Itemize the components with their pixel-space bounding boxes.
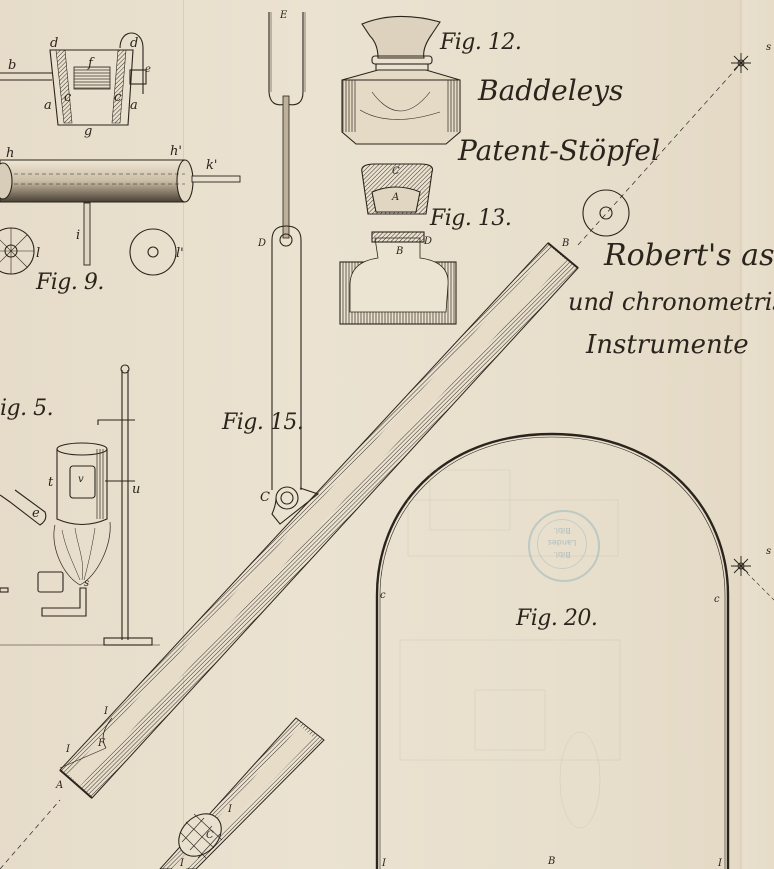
title-line-1: Robert's astr bbox=[604, 238, 774, 273]
stamp-line-1: Bibl. bbox=[538, 548, 586, 560]
telescope-tube bbox=[60, 243, 578, 798]
telescope-letter-f: F bbox=[98, 738, 105, 749]
fig9-letter-d2: d bbox=[130, 36, 138, 51]
fig9-letter-c: c bbox=[64, 90, 71, 105]
fig15-pendulum bbox=[269, 12, 318, 524]
fig5-letter-t: t bbox=[48, 475, 53, 490]
stamp-line-3: Bibl. bbox=[538, 524, 586, 536]
fig12-caption-baddeleys: Baddeleys bbox=[478, 74, 623, 107]
fig5-label: ig. 5. bbox=[0, 396, 53, 421]
fig9-letter-l: l bbox=[36, 246, 40, 261]
telescope-letter-b: B bbox=[562, 238, 569, 249]
title-line-3: Instrumente bbox=[586, 330, 749, 360]
fig5-letter-u: u bbox=[132, 482, 140, 497]
star-label-s: s bbox=[766, 42, 771, 53]
library-stamp: Bibl. Landes Bibl. bbox=[528, 510, 600, 582]
fig9-letter-e: e bbox=[145, 64, 151, 75]
telescope-letter-i: I bbox=[104, 706, 108, 717]
fig9-label: Fig. 9. bbox=[36, 270, 104, 295]
star-label-s2: s bbox=[766, 546, 771, 557]
fig13-letter-c: C bbox=[392, 166, 400, 177]
fig20-letter-b: B bbox=[548, 856, 555, 867]
fig13-stopper bbox=[340, 164, 456, 324]
fig5-letter-v: v bbox=[78, 474, 84, 485]
fig9-letter-c2: c bbox=[114, 90, 121, 105]
telescope-letter-a: A bbox=[56, 780, 63, 791]
fig20-letter-c: c bbox=[380, 590, 386, 601]
aperture-disc bbox=[583, 190, 629, 236]
fig9-letter-a2: a bbox=[130, 98, 138, 113]
fig9-letter-a: a bbox=[44, 98, 52, 113]
fig9-crucible bbox=[0, 33, 146, 125]
fig20-letter-c2: c bbox=[714, 594, 720, 605]
engraving-plate: b d d f e c c a a g h h' k' i l l' Fig. … bbox=[0, 0, 774, 869]
fig9-letter-l-prime: l' bbox=[176, 246, 184, 261]
fig13-letter-b: B bbox=[396, 246, 403, 257]
fig15-label: Fig. 15. bbox=[222, 410, 303, 435]
fig20-letter-i: I bbox=[382, 858, 386, 869]
stamp-line-2: Landes bbox=[538, 536, 586, 548]
fig9-letter-g: g bbox=[84, 124, 92, 139]
optical-axis-line bbox=[0, 800, 60, 869]
fig9-letter-h-prime: h' bbox=[170, 144, 182, 159]
engraving-artwork bbox=[0, 0, 774, 869]
telescope-letter-i2: I bbox=[66, 744, 70, 755]
fig9-letter-k-prime: k' bbox=[206, 158, 217, 173]
fig5-letter-e: e bbox=[32, 506, 40, 521]
eyepiece-letter-i2: I bbox=[180, 858, 184, 869]
fig12-caption-patent-stopfel: Patent-Stöpfel bbox=[458, 134, 660, 167]
fig20-label: Fig. 20. bbox=[516, 606, 597, 631]
title-line-2: und chronometrisc bbox=[568, 288, 774, 316]
fig15-letter-e: E bbox=[280, 10, 287, 21]
fig12-label: Fig. 12. bbox=[440, 30, 521, 55]
fig20-letter-i2: I bbox=[718, 858, 722, 869]
fig13-label: Fig. 13. bbox=[430, 206, 511, 231]
fig9-letter-d: d bbox=[50, 36, 58, 51]
eyepiece-letter-c: C bbox=[206, 830, 214, 841]
fig9-letter-b: b bbox=[8, 58, 16, 73]
fig9-letter-i: i bbox=[76, 228, 80, 243]
fig5-letter-s: s bbox=[84, 578, 89, 589]
fig9-letter-h: h bbox=[6, 146, 14, 161]
eyepiece-letter-i: I bbox=[228, 804, 232, 815]
fig15-letter-c: C bbox=[260, 490, 270, 505]
fig13-letter-d: D bbox=[424, 236, 432, 247]
telescope-eyepiece-tube bbox=[160, 718, 324, 869]
fig20-arch-frame bbox=[377, 434, 728, 869]
fig9-letter-f: f bbox=[88, 56, 93, 71]
fig13-letter-a: A bbox=[392, 192, 399, 203]
fig15-letter-d: D bbox=[258, 238, 266, 249]
